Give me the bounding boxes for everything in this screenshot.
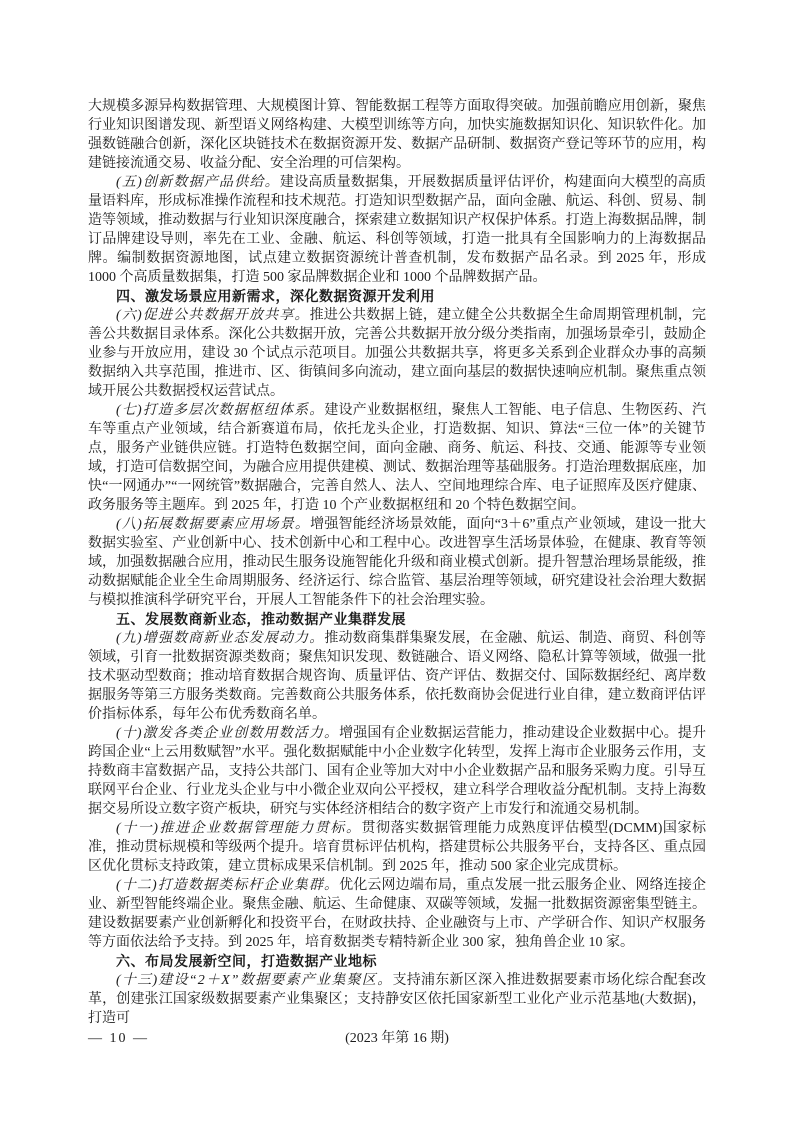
- clause-lead: (九)增强数商新业态发展动力。: [116, 631, 324, 646]
- clause-paragraph: (八)拓展数据要素应用场景。增强智能经济场景效能，面向“3＋6”重点产业领域，建…: [88, 515, 706, 610]
- clause-lead: (六)促进公共数据开放共享。: [116, 308, 310, 323]
- clause-paragraph: (九)增强数商新业态发展动力。推动数商集群集聚发展，在金融、航运、制造、商贸、科…: [88, 629, 706, 724]
- clause-paragraph: (十二)打造数据类标杆企业集群。优化云网边端布局，重点发展一批云服务企业、网络连…: [88, 876, 706, 952]
- clause-lead: (十三)建设“2＋X”数据要素产业集聚区。: [116, 973, 392, 988]
- clause-lead: (十二)打造数据类标杆企业集群。: [116, 878, 339, 893]
- section-heading: 四、激发场景应用新需求，深化数据资源开发利用: [88, 287, 706, 306]
- page-footer: (2023 年第 16 期) — 10 —: [88, 1028, 706, 1050]
- clause-paragraph: (五)创新数据产品供给。建设高质量数据集，开展数据质量评估评价，构建面向大模型的…: [88, 173, 706, 287]
- clause-text: 建设产业数据枢纽，聚焦人工智能、电子信息、生物医药、汽车等重点产业领域，结合新赛…: [88, 403, 706, 513]
- clause-paragraph: (七)打造多层次数据枢纽体系。建设产业数据枢纽，聚焦人工智能、电子信息、生物医药…: [88, 401, 706, 515]
- document-body: 大规模多源异构数据管理、大规模图计算、智能数据工程等方面取得突破。加强前瞻应用创…: [88, 97, 706, 1028]
- document-page: 大规模多源异构数据管理、大规模图计算、智能数据工程等方面取得突破。加强前瞻应用创…: [0, 0, 793, 1122]
- issue-label: (2023 年第 16 期): [88, 1028, 706, 1050]
- paragraph-continuation: 大规模多源异构数据管理、大规模图计算、智能数据工程等方面取得突破。加强前瞻应用创…: [88, 97, 706, 173]
- clause-paragraph: (十一)推进企业数据管理能力贯标。贯彻落实数据管理能力成熟度评估模型(DCMM)…: [88, 819, 706, 876]
- clause-lead: (八)拓展数据要素应用场景。: [116, 517, 310, 532]
- section-heading: 六、布局发展新空间，打造数据产业地标: [88, 952, 706, 971]
- clause-lead: (五)创新数据产品供给。: [116, 175, 280, 190]
- clause-text: 大规模多源异构数据管理、大规模图计算、智能数据工程等方面取得突破。加强前瞻应用创…: [88, 99, 706, 171]
- section-heading: 五、发展数商新业态，推动数据产业集群发展: [88, 610, 706, 629]
- clause-paragraph: (六)促进公共数据开放共享。推进公共数据上链，建立健全公共数据全生命周期管理机制…: [88, 306, 706, 401]
- clause-lead: (十一)推进企业数据管理能力贯标。: [116, 821, 362, 836]
- clause-lead: (七)打造多层次数据枢纽体系。: [116, 403, 324, 418]
- clause-text: 建设高质量数据集，开展数据质量评估评价，构建面向大模型的高质量语料库，形成标准操…: [88, 175, 706, 285]
- clause-lead: (十)激发各类企业创数用数活力。: [116, 726, 339, 741]
- clause-paragraph: (十三)建设“2＋X”数据要素产业集聚区。支持浦东新区深入推进数据要素市场化综合…: [88, 971, 706, 1028]
- page-number: — 10 —: [88, 1028, 149, 1050]
- clause-paragraph: (十)激发各类企业创数用数活力。增强国有企业数据运营能力，推动建设企业数据中心。…: [88, 724, 706, 819]
